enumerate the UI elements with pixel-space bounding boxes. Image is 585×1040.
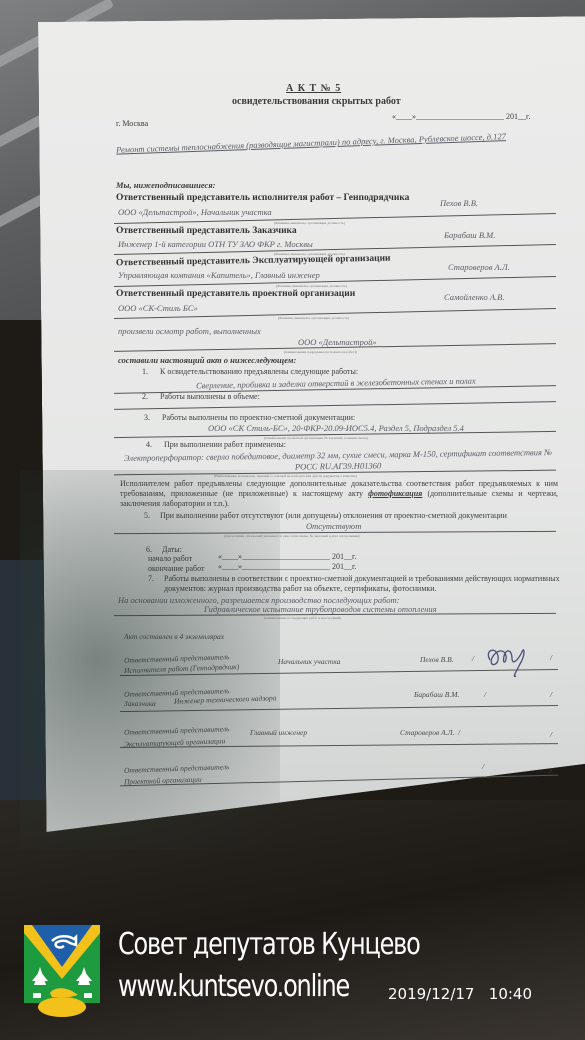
handwritten-signature-icon [482,640,542,682]
next-works: Гидравлическое испытание трубопроводов с… [204,604,437,614]
item-value: ООО «СК Стиль-БС», 20-ФКР-20.09-ИОС5.4, … [208,423,464,433]
item-label: При выполнении работ применены: [164,440,286,449]
signature-position: Начальник участка [278,657,340,666]
date-field: «____»______________________ 201__г. [392,112,530,121]
timestamp: 2019/12/17 10:40 [388,985,532,1003]
item-label: Работы выполнены в объеме: [160,392,260,401]
item-number: 5. [144,511,150,520]
field-caption: (Фамилия, инициалы, организация, должнос… [278,316,349,320]
watermark-title: Совет депутатов Кунцево [118,927,420,962]
signature-name: Пехов В.В. [420,655,454,664]
end-date-label: окончание работ [148,564,204,573]
field-caption: (Фамилия, инициалы, организация, должнос… [276,284,347,288]
start-date-field: «____»______________________ 201__г. [218,552,356,561]
rep-heading: Ответственный представитель исполнителя … [116,193,409,203]
signature-separator: / [550,766,552,775]
signature-label: Заказчика [124,699,156,708]
rep-org-position: ООО «Дельтастрой», Начальник участка [118,207,272,217]
field-caption: (наименование подрядчика (исполнителя ра… [284,350,357,354]
copies-note: Акт составлен в 4 экземплярах [124,632,224,641]
item-number: 3. [144,413,150,422]
city: г. Москва [116,119,148,128]
item-number: 1. [142,367,148,376]
compliance-text: Работы выполнены в соответствии с проект… [164,574,560,594]
rep-name: Староверов А.Л. [448,262,510,272]
signature-name: Староверов А.Л. [400,728,455,737]
rep-heading: Ответственный представитель проектной ор… [116,289,355,299]
field-caption: (Фамилия, инициалы, организация, должнос… [274,221,345,225]
rep-org-position: Инженер 1-й категории ОТН ТУ ЗАО ФКР г. … [118,239,313,249]
inspection-label: произвели осмотр работ, выполненных [118,326,261,336]
document-subtitle: освидетельствования скрытых работ [232,96,401,107]
intro-text: Мы, нижеподписавшиеся: [116,180,216,190]
timestamp-time: 10:40 [489,985,532,1003]
signature-separator: / [482,762,484,771]
watermark-banner: Совет депутатов Кунцево www.kuntsevo.onl… [0,915,585,1025]
signature-separator: / [484,690,486,699]
item-number: 7. [148,574,154,583]
item-label: Работы выполнены по проектно-сметной док… [162,413,355,422]
field-caption: (при наличии отклонений указывается, кем… [224,534,360,538]
deviations-label: При выполнении работ отсутствуют (или до… [160,511,507,520]
compiled-label: составили настоящий акт о нижеследующем: [118,355,296,365]
signature-name: Барабаш В.М. [414,690,459,699]
deviations-value: Отсутствуют [306,521,361,531]
rep-org-position: Управляющая компания «Капитель», Главный… [118,270,320,280]
evidence-paragraph: Исполнителем работ предъявлены следующие… [120,479,558,509]
field-caption: (наименование последующих работ и констр… [264,616,341,620]
kuntsevo-coat-of-arms-icon [22,923,102,1018]
signature-separator: / [472,654,474,663]
item-number: 2. [142,392,148,401]
signature-separator: / [550,730,552,739]
start-date-label: начало работ [148,554,192,563]
timestamp-date: 2019/12/17 [388,985,474,1003]
signature-separator: / [550,690,552,699]
rep-name: Пехов В.В. [440,198,478,208]
rep-heading: Ответственный представитель Заказчика [116,226,297,236]
item-number: 6. [146,545,152,554]
rep-name: Барабаш В.М. [444,230,495,240]
signature-separator: / [458,728,460,737]
item-number: 4. [146,440,152,449]
dates-label: Даты: [162,545,182,554]
evidence-value: фотофиксация [368,489,422,498]
end-date-field: «____»______________________ 201__г. [218,562,356,571]
rep-name: Самойленко А.В. [444,292,504,302]
signature-separator: / [550,653,552,662]
document-title: А К Т № 5 [286,83,341,94]
field-caption: (Наименование материалов, изделий со ссы… [214,474,357,478]
signature-position: Главный инженер [250,728,307,737]
rep-org-position: ООО «СК-Стиль БС» [118,303,198,313]
item-label: К освидетельствованию предъявлены следую… [160,367,358,376]
watermark-url[interactable]: www.kuntsevo.online [118,969,349,1004]
